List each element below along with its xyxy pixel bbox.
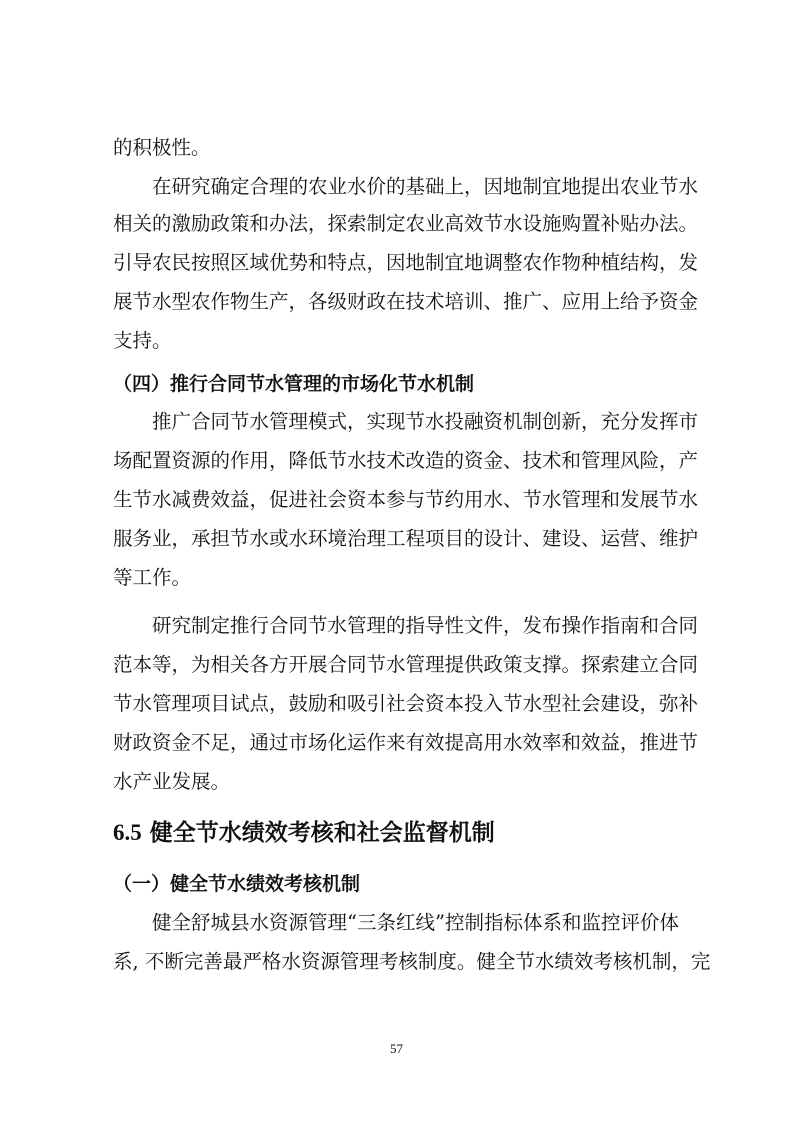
paragraph-line: 节水管理项目试点，鼓励和吸引社会资本投入节水型社会建设，弥补 bbox=[113, 692, 679, 716]
paragraph-line: 系, 不断完善最严格水资源管理考核制度。健全节水绩效考核机制，完 bbox=[113, 950, 679, 974]
paragraph-line: 的积极性。 bbox=[113, 136, 679, 160]
subheading: （一）健全节水绩效考核机制 bbox=[113, 872, 360, 896]
paragraph-line: 范本等，为相关各方开展合同节水管理提供政策支撑。探索建立合同 bbox=[113, 653, 679, 677]
paragraph-line: 财政资金不足，通过市场化运作来有效提高用水效率和效益，推进节 bbox=[113, 731, 679, 755]
page-number: 57 bbox=[0, 1041, 793, 1057]
section-title: 健全节水绩效考核和社会监督机制 bbox=[150, 820, 495, 846]
paragraph-line: 研究制定推行合同节水管理的指导性文件，发布操作指南和合同 bbox=[152, 614, 679, 638]
paragraph-line: 场配置资源的作用，降低节水技术改造的资金、技术和管理风险，产 bbox=[113, 449, 679, 473]
paragraph-line: 生节水减费效益，促进社会资本参与节约用水、节水管理和发展节水 bbox=[113, 488, 679, 512]
document-page: 的积极性。 在研究确定合理的农业水价的基础上，因地制宜地提出农业节水 相关的激励… bbox=[0, 0, 793, 1122]
subheading: （四）推行合同节水管理的市场化节水机制 bbox=[113, 372, 474, 396]
paragraph-line: 支持。 bbox=[113, 329, 679, 353]
section-heading: 6.5 健全节水绩效考核和社会监督机制 bbox=[113, 819, 495, 847]
paragraph-line: 服务业，承担节水或水环境治理工程项目的设计、建设、运营、维护 bbox=[113, 527, 679, 551]
paragraph-line: 在研究确定合理的农业水价的基础上，因地制宜地提出农业节水 bbox=[152, 175, 679, 199]
paragraph-line: 展节水型农作物生产，各级财政在技术培训、推广、应用上给予资金 bbox=[113, 290, 679, 314]
paragraph-line: 等工作。 bbox=[113, 566, 679, 590]
paragraph-line: 相关的激励政策和办法，探索制定农业高效节水设施购置补贴办法。 bbox=[113, 212, 679, 236]
section-number: 6.5 bbox=[113, 820, 142, 845]
paragraph-line: 推广合同节水管理模式，实现节水投融资机制创新，充分发挥市 bbox=[152, 410, 679, 434]
paragraph-line: 水产业发展。 bbox=[113, 770, 679, 794]
paragraph-line: 引导农民按照区域优势和特点，因地制宜地调整农作物种植结构，发 bbox=[113, 251, 679, 275]
paragraph-line: 健全舒城县水资源管理“三条红线”控制指标体系和监控评价体 bbox=[152, 911, 679, 935]
